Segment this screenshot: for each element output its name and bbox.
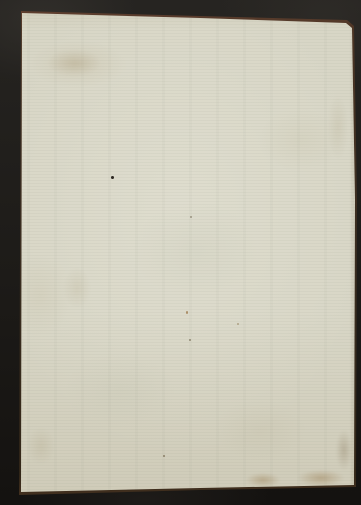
scanned-page <box>0 0 361 505</box>
scan-photo <box>0 0 361 505</box>
edge-toning <box>0 0 361 505</box>
